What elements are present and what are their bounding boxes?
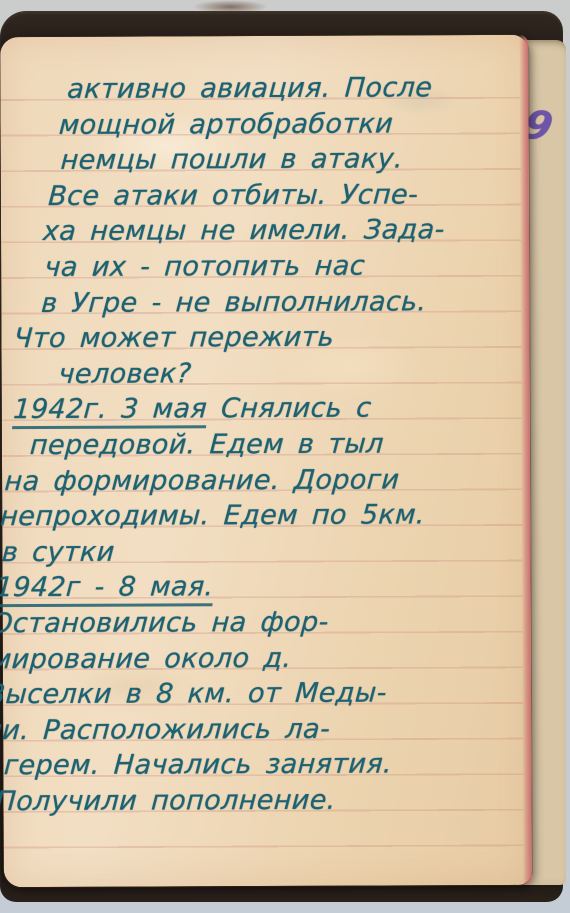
date-heading-rest: Снялись с [206,393,372,425]
handwriting-line-date-heading: 1942г - 8 мая. [0,568,510,606]
handwriting-line: ча их - потопить нас [12,248,530,286]
handwritten-text: активно авиация. После мощной артобработ… [0,70,542,820]
handwriting-line: герем. Начались занятия. [0,746,498,784]
handwriting-line: Получили пополнение. [0,782,496,820]
date-heading-underlined: 1942г. 3 мая [12,394,208,430]
handwriting-line: мощной артобработки [22,105,540,143]
diary-page: активно авиация. После мощной артобработ… [0,35,532,887]
handwriting-line: в Угре - не выполнилась. [10,283,528,321]
handwriting-line-date-heading: 1942г. 3 мая Снялись с [3,390,521,428]
handwriting-line: Все атаки отбиты. Успе- [17,177,535,215]
scanned-photo: 9 активно авиация. После мощной артобраб… [0,0,570,913]
handwriting-line: в сутки [0,533,512,571]
handwriting-line: Выселки в 8 км. от Меды- [0,675,503,713]
handwriting-line: ни. Расположились ла- [0,711,500,749]
handwriting-line: Что может пережить [8,319,526,357]
handwriting-line: активно авиация. После [24,70,542,108]
handwriting-line: непроходимы. Едем по 5км. [0,497,514,535]
handwriting-line: Остановились на фор- [0,604,507,642]
handwriting-line: на формирование. Дороги [0,461,517,499]
handwriting-line: немцы пошли в атаку. [19,141,537,179]
handwriting-line: ха немцы не имели. Зада- [15,212,533,250]
handwriting-line: человек? [5,355,523,393]
date-heading-underlined: 1942г - 8 мая. [0,572,215,608]
handwriting-line: мирование около д. [0,639,505,677]
handwriting-line: передовой. Едем в тыл [1,426,519,464]
